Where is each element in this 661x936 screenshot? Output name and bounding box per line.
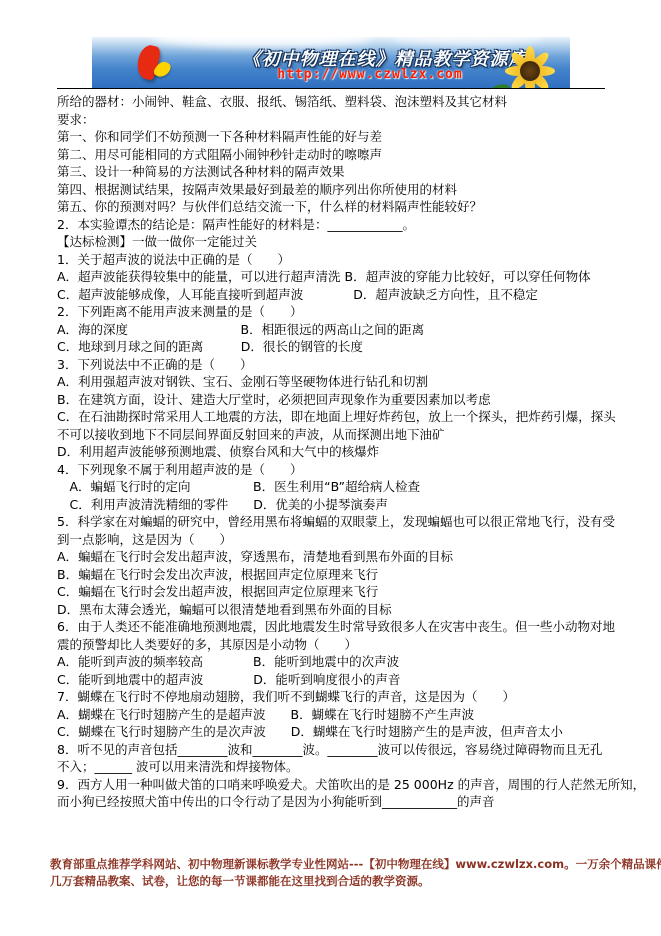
text-line-40: 9．西方人用一种叫做犬笛的口哨来呼唤爱犬。犬笛吹出的是 25 000Hz 的声音… (57, 776, 617, 794)
text-line-21: D．利用超声波能够预测地震、侦察台风和大气中的核爆炸 (57, 443, 617, 461)
text-line-19: C．在石油勘探时常采用人工地震的方法，即在地面上埋好炸药包，放上一个探头，把炸药… (57, 408, 617, 426)
text-line-17: A．利用强超声波对钢铁、宝石、金刚石等坚硬物体进行钻孔和切割 (57, 373, 617, 391)
text-line-25: 5．科学家在对蝙蝠的研究中，曾经用黑布将蝙蝠的双眼蒙上，发现蝙蝠也可以很正常地飞… (57, 513, 617, 531)
text-line-26: 到一点影响，这是因为（ ） (57, 531, 617, 549)
text-line-33: A．能听到声波的频率较高 B．能听到地震中的次声波 (57, 653, 617, 671)
worksheet-page: 《初中物理在线》精品教学资源库 http://www.czwlzx.com 所给… (0, 0, 661, 936)
text-line-16: 3．下列说法中不正确的是（ ） (57, 356, 617, 374)
text-line-15: C．地球到月球之间的距离 D．很长的钢管的长度 (57, 338, 617, 356)
text-line-1: 所给的器材：小闹钟、鞋盒、衣服、报纸、锡箔纸、塑料袋、泡沫塑料及其它材料 (57, 93, 617, 111)
footer-line-1: 教育部重点推荐学科网站、初中物理新课标教学专业性网站---【初中物理在线】www… (50, 856, 650, 873)
text-line-7: 第五、你的预测对吗？与伙伴们总结交流一下，什么样的材料隔声性能较好？ (57, 198, 617, 216)
header-divider (57, 88, 605, 89)
text-line-38: 8．听不见的声音包括________波和________波。________波可… (57, 741, 617, 759)
text-line-2: 要求： (57, 111, 617, 129)
text-line-28: B．蝙蝠在飞行时会发出次声波，根据回声定位原理来飞行 (57, 566, 617, 584)
text-line-10: 1．关于超声波的说法中正确的是（ ） (57, 251, 617, 269)
text-line-20: 不可以接收到地下不同层间界面反射回来的声波，从而探测出地下油矿 (57, 426, 617, 444)
site-logo-icon (130, 43, 178, 85)
footer-line-2: 几万套精品教案、试卷，让您的每一节课都能在这里找到合适的教学资源。 (50, 873, 650, 890)
text-line-22: 4．下列现象不属于利用超声波的是（ ） (57, 461, 617, 479)
text-line-6: 第四、根据测试结果，按隔声效果最好到最差的顺序列出你所使用的材料 (57, 181, 617, 199)
text-line-14: A．海的深度 B．相距很远的两高山之间的距离 (57, 321, 617, 339)
text-line-41: 而小狗已经按照犬笛中传出的口令行动了是因为小狗能听到____________的声… (57, 793, 617, 811)
text-line-24: C．利用声波清洗精细的零件 D．优美的小提琴演奏声 (57, 496, 617, 514)
text-line-31: 6．由于人类还不能准确地预测地震，因此地震发生时常导致很多人在灾害中丧生。但一些… (57, 618, 617, 636)
text-line-23: A．蝙蝠飞行时的定向 B．医生利用“B”超给病人检查 (57, 478, 617, 496)
text-line-12: C．超声波能够成像，人耳能直接听到超声波 D．超声波缺乏方向性，且不稳定 (57, 286, 617, 304)
text-line-8: 2．本实验谭杰的结论是：隔声性能好的材料是：____________。 (57, 216, 617, 234)
banner-url-link[interactable]: http://www.czwlzx.com (210, 67, 530, 82)
footer-promo: 教育部重点推荐学科网站、初中物理新课标教学专业性网站---【初中物理在线】www… (50, 856, 650, 890)
worksheet-content: 所给的器材：小闹钟、鞋盒、衣服、报纸、锡箔纸、塑料袋、泡沫塑料及其它材料要求：第… (57, 93, 617, 811)
text-line-32: 震的预警却比人类要好的多，其原因是小动物（ ） (57, 636, 617, 654)
text-line-27: A．蝙蝠在飞行时会发出超声波，穿透黑布，清楚地看到黑布外面的目标 (57, 548, 617, 566)
text-line-39: 不入；______ 波可以用来清洗和焊接物体。 (57, 758, 617, 776)
text-line-9: 【达标检测】一做一做你一定能过关 (57, 233, 617, 251)
text-line-4: 第二、用尽可能相同的方式阻隔小闹钟秒针走动时的嚓嚓声 (57, 146, 617, 164)
text-line-5: 第三、设计一种简易的方法测试各种材料的隔声效果 (57, 163, 617, 181)
sunflower-icon (500, 47, 560, 88)
header-banner: 《初中物理在线》精品教学资源库 http://www.czwlzx.com (92, 37, 570, 88)
text-line-35: 7．蝴蝶在飞行时不停地扇动翅膀，我们听不到蝴蝶飞行的声音，这是因为（ ） (57, 688, 617, 706)
text-line-3: 第一、你和同学们不妨预测一下各种材料隔声性能的好与差 (57, 128, 617, 146)
text-line-29: C．蝙蝠在飞行时会发出超声波，根据回声定位原理来飞行 (57, 583, 617, 601)
text-line-37: C．蝴蝶在飞行时翅膀产生的是次声波 D．蝴蝶在飞行时翅膀产生的是声波，但声音太小 (57, 723, 617, 741)
text-line-18: B．在建筑方面，设计、建造大厅堂时，必须把回声现象作为重要因素加以考虑 (57, 391, 617, 409)
cloud-decoration (392, 37, 542, 45)
text-line-11: A．超声波能获得较集中的能量，可以进行超声清洗 B．超声波的穿能力比较好，可以穿… (57, 268, 617, 286)
text-line-36: A．蝴蝶在飞行时翅膀产生的是超声波 B．蝴蝶在飞行时翅膀不产生声波 (57, 706, 617, 724)
text-line-30: D．黑布太薄会透光，蝙蝠可以很清楚地看到黑布外面的目标 (57, 601, 617, 619)
text-line-13: 2．下列距离不能用声波来测量的是（ ） (57, 303, 617, 321)
text-line-34: C．能听到地震中的超声波 D．能听到响度很小的声音 (57, 671, 617, 689)
